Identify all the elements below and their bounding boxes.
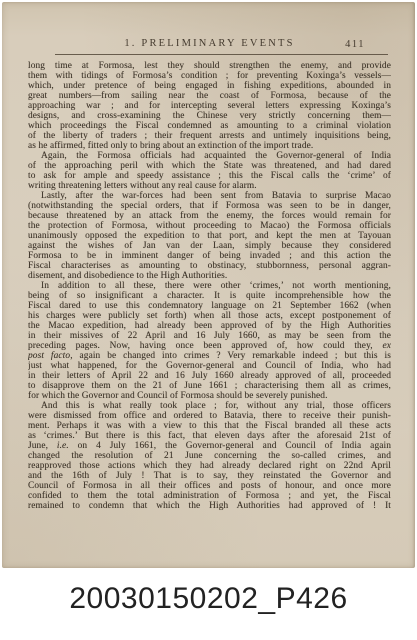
text-line: In addition to all these, there were oth… (28, 281, 391, 291)
page-number: 411 (345, 39, 365, 50)
header-rule (55, 54, 388, 55)
text-line: changed the resolution of 21 June concer… (28, 451, 391, 461)
text-line: against the wishes of Jan van der Laan, … (28, 241, 391, 251)
caption-band: 20030150202_P426 (0, 568, 417, 640)
text-line: post facto, again be changed into crimes… (28, 351, 391, 361)
text-line: of the approaching peril with which the … (28, 161, 391, 171)
text-line: confided to them the total administratio… (28, 491, 391, 501)
text-line: of the liberty of traders ; their freque… (28, 131, 391, 141)
text-line: preceding pages. Now, having once been a… (28, 341, 391, 351)
text-line: ment. Perhaps it was with a view to this… (28, 421, 391, 431)
text-line: because threatened by an attack from the… (28, 211, 391, 221)
text-line: great numbers—from sailing near the coas… (28, 91, 391, 101)
text-line: Council of Formosa in all their offices … (28, 481, 391, 491)
text-line: his charges were publicly set forth) whe… (28, 311, 391, 321)
text-line: approaching war ; and for intercepting s… (28, 101, 391, 111)
text-line: in their letters of April 22 and 16 July… (28, 371, 391, 381)
body-paragraph: long time at Formosa, lest they should s… (28, 61, 391, 151)
body-paragraph: Lastly, after the war-forces had been se… (28, 191, 391, 281)
text-line: them with tidings of Formosa’s condition… (28, 71, 391, 81)
text-line: the Macao expedition, had already been a… (28, 321, 391, 331)
book-page-scan: 1. PRELIMINARY EVENTS 411 long time at F… (2, 2, 415, 568)
text-line: being of so insignificant a character. I… (28, 291, 391, 301)
screenshot-root: 1. PRELIMINARY EVENTS 411 long time at F… (0, 0, 417, 640)
text-line: just what happened, for the Governor-gen… (28, 361, 391, 371)
text-line: Fiscal dared to use this condemnatory la… (28, 301, 391, 311)
page-body-text: long time at Formosa, lest they should s… (28, 61, 391, 511)
page-header: 1. PRELIMINARY EVENTS 411 (28, 38, 391, 52)
text-line: which proceedings the Fiscal condemned a… (28, 121, 391, 131)
text-line: Fiscal characterises as amounting to obs… (28, 261, 391, 271)
text-line: to ask for ample and speedy assistance ;… (28, 171, 391, 181)
text-line: And this is what really took place ; for… (28, 401, 391, 411)
body-paragraph: Again, the Formosa officials had acquain… (28, 151, 391, 191)
text-line: as he affirmed, fitted only to bring abo… (28, 141, 391, 151)
text-line: (notwithstanding the special orders, tha… (28, 201, 391, 211)
text-line: Again, the Formosa officials had acquain… (28, 151, 391, 161)
text-line: reapproved those actions which they had … (28, 461, 391, 471)
text-line: the protection of Formosa, without proce… (28, 221, 391, 231)
text-line: which, under pretence of being engaged i… (28, 81, 391, 91)
text-line: June, i.e. on 4 July 1661, the Governor-… (28, 441, 391, 451)
text-line: designs, and cross-examining the Chinese… (28, 111, 391, 121)
text-line: long time at Formosa, lest they should s… (28, 61, 391, 71)
text-line: disement, and disobedience to the High A… (28, 271, 391, 281)
text-line: writing threatening letters without any … (28, 181, 391, 191)
text-line: unanimously opposed the expedition to th… (28, 231, 391, 241)
text-line: Formosa to be in imminent danger of bein… (28, 251, 391, 261)
text-line: to disapprove them on the 21 of June 166… (28, 381, 391, 391)
text-line: in their missives of 22 April and 16 Jul… (28, 331, 391, 341)
text-line: remained to condemn that which the High … (28, 501, 391, 511)
body-paragraph: In addition to all these, there were oth… (28, 281, 391, 401)
text-line: for which the Governor and Council of Fo… (28, 391, 391, 401)
text-line: were dismissed from office and ordered t… (28, 411, 391, 421)
scan-id-label: 20030150202_P426 (0, 582, 417, 616)
text-line: as ‘crimes.’ But there is this fact, tha… (28, 431, 391, 441)
body-paragraph: And this is what really took place ; for… (28, 401, 391, 511)
running-head-title: 1. PRELIMINARY EVENTS (28, 38, 391, 49)
text-line: and the 16th of July ! That is to say, t… (28, 471, 391, 481)
text-line: Lastly, after the war-forces had been se… (28, 191, 391, 201)
